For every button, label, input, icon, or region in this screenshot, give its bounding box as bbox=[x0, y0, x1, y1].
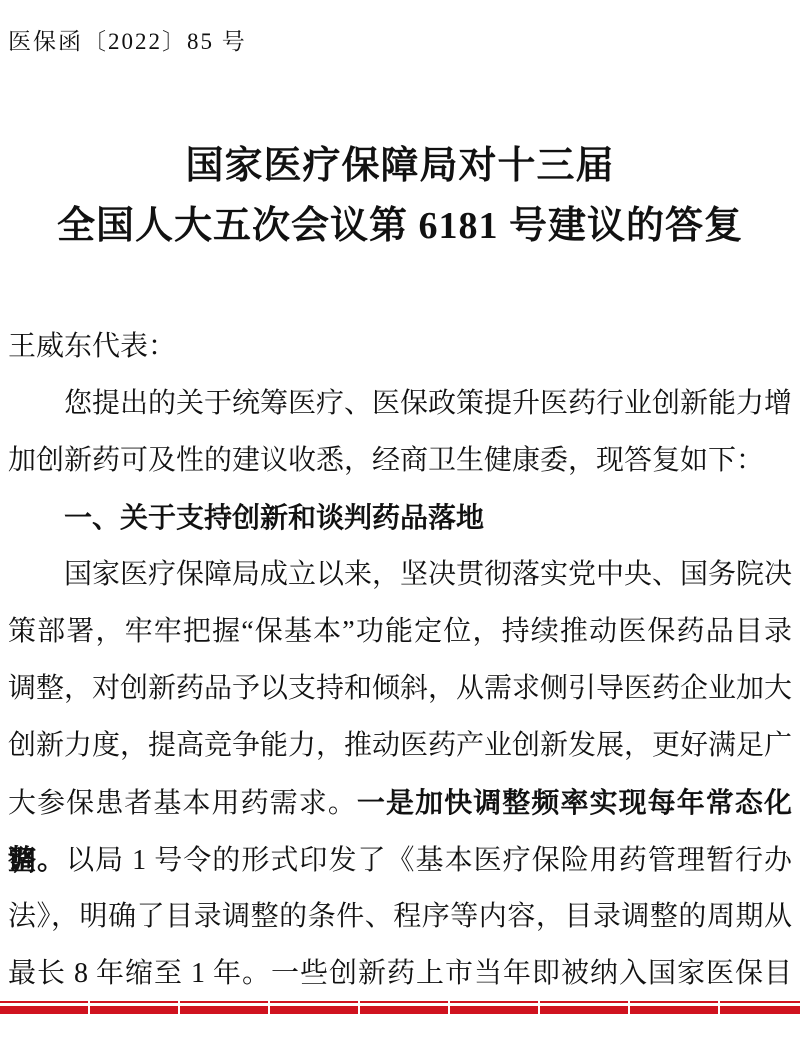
bold-text-run: 整。 bbox=[8, 844, 66, 875]
document-title-line-2: 全国人大五次会议第 6181 号建议的答复 bbox=[0, 196, 800, 256]
text-run: 法》，明确了目录调整的条件、程序等内容，目录调整的周期从 bbox=[8, 901, 792, 932]
document-title: 国家医疗保障局对十三届 全国人大五次会议第 6181 号建议的答复 bbox=[0, 136, 800, 256]
body-line: 调整，对创新药品予以支持和倾斜，从需求侧引导医药企业加大 bbox=[8, 660, 792, 717]
text-run: 国家医疗保障局成立以来，坚决贯彻落实党中央、国务院决 bbox=[64, 559, 792, 590]
document-title-line-1: 国家医疗保障局对十三届 bbox=[0, 136, 800, 196]
text-run: 调整，对创新药品予以支持和倾斜，从需求侧引导医药企业加大 bbox=[8, 673, 792, 704]
body-line: 加创新药可及性的建议收悉，经商卫生健康委，现答复如下： bbox=[8, 432, 792, 489]
body-text: 王威东代表：您提出的关于统筹医疗、医保政策提升医药行业创新能力增加创新药可及性的… bbox=[8, 318, 792, 1002]
body-line: 最长 8 年缩至 1 年。一些创新药上市当年即被纳入国家医保目 bbox=[8, 945, 792, 1002]
body-line: 大参保患者基本用药需求。一是加快调整频率实现每年常态化调 bbox=[8, 774, 792, 831]
body-line: 一、关于支持创新和谈判药品落地 bbox=[8, 489, 792, 546]
body-line: 国家医疗保障局成立以来，坚决贯彻落实党中央、国务院决 bbox=[8, 546, 792, 603]
body-line: 整。以局 1 号令的形式印发了《基本医疗保险用药管理暂行办 bbox=[8, 831, 792, 888]
footer-red-bar bbox=[0, 1006, 800, 1014]
body-line: 创新力度，提高竞争能力，推动医药产业创新发展，更好满足广 bbox=[8, 717, 792, 774]
text-run: 王威东代表： bbox=[8, 331, 176, 362]
text-run: 大参保患者基本用药需求。 bbox=[8, 788, 357, 819]
body-line: 您提出的关于统筹医疗、医保政策提升医药行业创新能力增 bbox=[8, 375, 792, 432]
text-run: 策部署，牢牢把握“保基本”功能定位，持续推动医保药品目录 bbox=[8, 616, 792, 647]
footer-red-line bbox=[0, 1001, 800, 1003]
document-page: 医保函〔2022〕85 号 国家医疗保障局对十三届 全国人大五次会议第 6181… bbox=[0, 0, 800, 1046]
body-line: 法》，明确了目录调整的条件、程序等内容，目录调整的周期从 bbox=[8, 888, 792, 945]
body-line: 王威东代表： bbox=[8, 318, 792, 375]
text-run: 您提出的关于统筹医疗、医保政策提升医药行业创新能力增 bbox=[64, 388, 792, 419]
bold-text-run: 一、关于支持创新和谈判药品落地 bbox=[64, 502, 484, 533]
text-run: 创新力度，提高竞争能力，推动医药产业创新发展，更好满足广 bbox=[8, 730, 792, 761]
text-run: 最长 8 年缩至 1 年。一些创新药上市当年即被纳入国家医保目 bbox=[8, 958, 792, 989]
text-run: 以局 1 号令的形式印发了《基本医疗保险用药管理暂行办 bbox=[66, 845, 792, 876]
text-run: 加创新药可及性的建议收悉，经商卫生健康委，现答复如下： bbox=[8, 445, 764, 476]
document-number: 医保函〔2022〕85 号 bbox=[8, 27, 247, 57]
body-line: 策部署，牢牢把握“保基本”功能定位，持续推动医保药品目录 bbox=[8, 603, 792, 660]
